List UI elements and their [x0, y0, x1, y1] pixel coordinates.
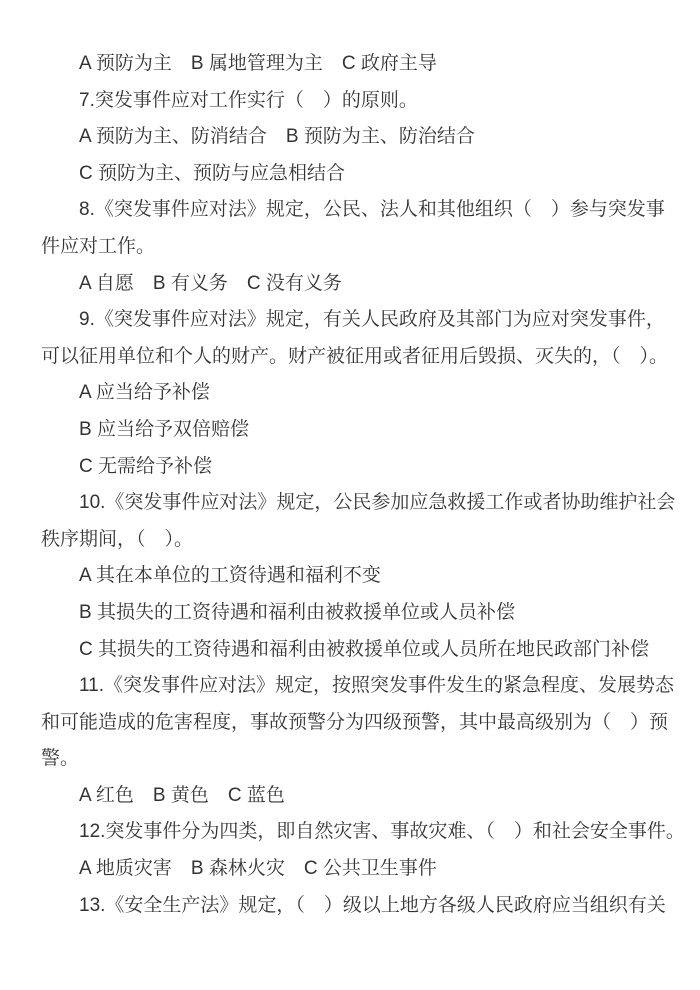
- q12-options-line: A 地质灾害 B 森林火灾 C 公共卫生事件: [41, 851, 691, 888]
- q10-option-b-line: B 其损失的工资待遇和福利由被救援单位或人员补偿: [41, 595, 691, 632]
- text-block: A 预防为主 B 属地管理为主 C 政府主导 7.突发事件应对工作实行（ ）的原…: [41, 46, 691, 924]
- q8-question-line-1: 8.《突发事件应对法》规定，公民、法人和其他组织（ ）参与突发事: [41, 192, 691, 229]
- q10-question-line-1: 10.《突发事件应对法》规定，公民参加应急救援工作或者协助维护社会: [41, 485, 691, 522]
- q9-question-line-1: 9.《突发事件应对法》规定，有关人民政府及其部门为应对突发事件，: [41, 302, 691, 339]
- q8-options-line: A 自愿 B 有义务 C 没有义务: [41, 266, 691, 303]
- q12-question-line: 12.突发事件分为四类，即自然灾害、事故灾难、（ ）和社会安全事件。: [41, 814, 691, 851]
- q8-question-line-2: 件应对工作。: [41, 229, 691, 266]
- q7-question-line: 7.突发事件应对工作实行（ ）的原则。: [41, 83, 691, 120]
- q9-question-line-2: 可以征用单位和个人的财产。财产被征用或者征用后毁损、灭失的，（ ）。: [41, 339, 691, 376]
- q11-question-line-1: 11.《突发事件应对法》规定，按照突发事件发生的紧急程度、发展势态: [41, 668, 691, 705]
- q11-options-line: A 红色 B 黄色 C 蓝色: [41, 778, 691, 815]
- q7-options-ab-line: A 预防为主、防消结合 B 预防为主、防治结合: [41, 119, 691, 156]
- q13-question-line: 13.《安全生产法》规定，（ ）级以上地方各级人民政府应当组织有关: [41, 888, 691, 925]
- q9-option-b-line: B 应当给予双倍赔偿: [41, 412, 691, 449]
- document-page: A 预防为主 B 属地管理为主 C 政府主导 7.突发事件应对工作实行（ ）的原…: [0, 0, 700, 990]
- q11-question-line-3: 警。: [41, 741, 691, 778]
- q6-options-line: A 预防为主 B 属地管理为主 C 政府主导: [41, 46, 691, 83]
- q9-option-c-line: C 无需给予补偿: [41, 449, 691, 486]
- q10-option-c-line: C 其损失的工资待遇和福利由被救援单位或人员所在地民政部门补偿: [41, 632, 691, 669]
- q10-option-a-line: A 其在本单位的工资待遇和福利不变: [41, 558, 691, 595]
- q10-question-line-2: 秩序期间，（ ）。: [41, 522, 691, 559]
- q11-question-line-2: 和可能造成的危害程度，事故预警分为四级预警，其中最高级别为（ ）预: [41, 705, 691, 742]
- q9-option-a-line: A 应当给予补偿: [41, 375, 691, 412]
- q7-option-c-line: C 预防为主、预防与应急相结合: [41, 156, 691, 193]
